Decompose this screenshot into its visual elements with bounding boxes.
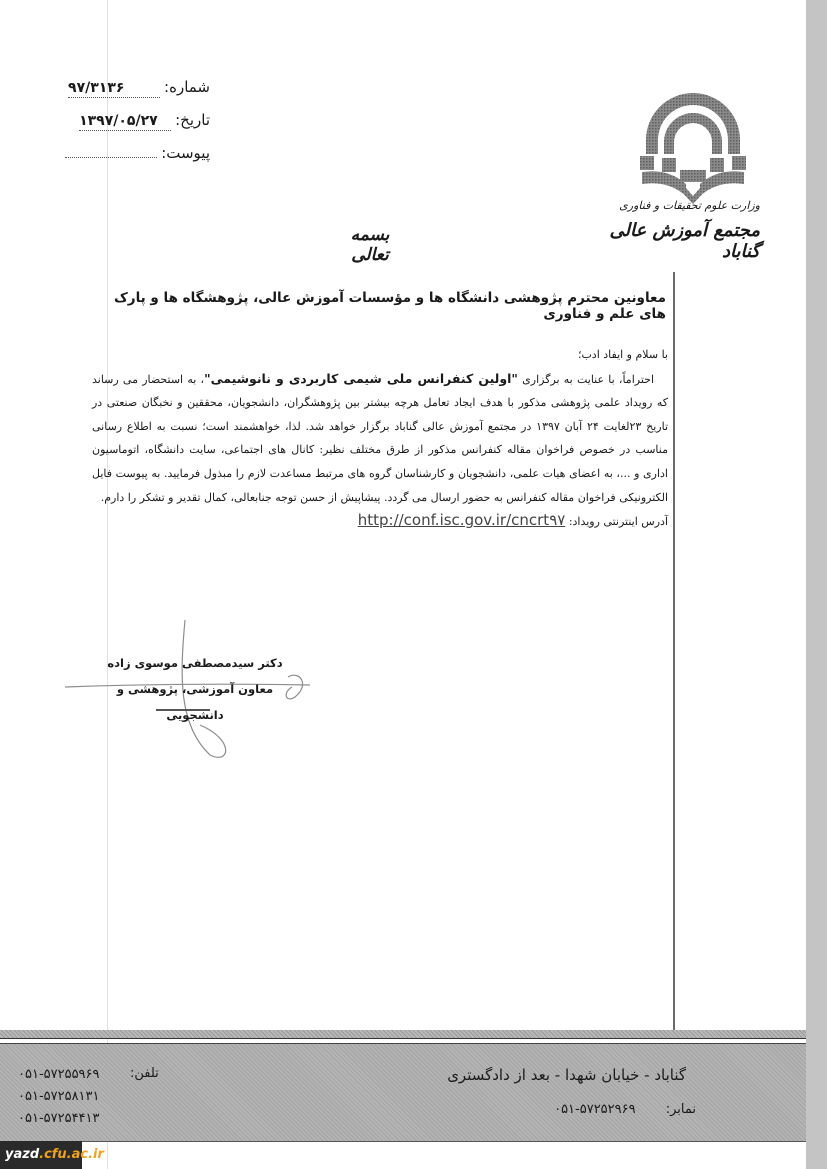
attachment-label: پیوست:: [161, 144, 210, 162]
fax-number: ۰۵۱-۵۷۲۵۲۹۶۹: [554, 1102, 636, 1117]
watermark-prefix: yazd: [5, 1147, 39, 1162]
institute-logo-icon: [628, 92, 758, 207]
recipient-line: معاونین محترم پژوهشی دانشگاه ها و مؤسسات…: [96, 290, 666, 322]
body-text: ، به استحضار می رساند که رویداد علمی پژو…: [92, 373, 668, 504]
signature-block: دکتر سیدمصطفی موسوی زاده معاون آموزشی، پ…: [90, 650, 300, 702]
phone-number: ۰۵۱-۵۷۲۵۴۴۱۳: [18, 1108, 100, 1130]
phone-number: ۰۵۱-۵۷۲۵۸۱۳۱: [18, 1086, 100, 1108]
footer-contact-band: گناباد - خیابان شهدا - بعد از دادگستری ن…: [0, 1043, 806, 1142]
body-paragraph: احتراماً، با عنایت به برگزاری "اولین کنف…: [92, 367, 668, 510]
letter-date-value: ۱۳۹۷/۰۵/۲۷: [79, 113, 171, 131]
scan-edge-margin: [806, 0, 827, 1169]
letterhead-footer: گناباد - خیابان شهدا - بعد از دادگستری ن…: [0, 1030, 806, 1140]
attachment-row: پیوست:: [60, 144, 210, 177]
ministry-name: وزارت علوم تحقیقات و فناوری: [600, 199, 760, 212]
site-watermark: yazd.cfu.ac.ir: [0, 1141, 82, 1169]
signatory-name: دکتر سیدمصطفی موسوی زاده: [90, 650, 300, 676]
body-intro: احتراماً، با عنایت به برگزاری: [522, 373, 654, 386]
margin-rule: [673, 272, 675, 1032]
watermark-suffix: .cfu.ac.ir: [39, 1147, 104, 1162]
basmala-heading: بسمه تعالی: [330, 225, 410, 265]
footer-top-bar: [0, 1030, 806, 1039]
phone-number: ۰۵۱-۵۷۲۵۵۹۶۹: [18, 1064, 100, 1086]
greeting: با سلام و ایفاد ادب؛: [92, 343, 668, 367]
phone-label: تلفن:: [130, 1066, 159, 1081]
letter-number-label: شماره:: [164, 78, 210, 96]
institute-name: مجتمع آموزش عالی گناباد: [590, 220, 760, 262]
event-url-label: آدرس اینترنتی رویداد:: [569, 515, 668, 528]
reference-block: شماره: ۹۷/۳۱۳۶ تاریخ: ۱۳۹۷/۰۵/۲۷ پیوست:: [60, 78, 210, 177]
event-url-link[interactable]: http://conf.isc.gov.ir/cncrt۹۷: [358, 511, 566, 529]
conference-name: "اولین کنفرانس ملی شیمی کاربردی و نانوشی…: [204, 371, 518, 386]
attachment-value: [65, 156, 157, 158]
fax-line: نمابر: ۰۵۱-۵۷۲۵۲۹۶۹: [554, 1102, 696, 1117]
letter-date-label: تاریخ:: [175, 111, 210, 129]
fax-label: نمابر:: [666, 1102, 696, 1117]
letter-date-row: تاریخ: ۱۳۹۷/۰۵/۲۷: [60, 111, 210, 144]
letter-number-value: ۹۷/۳۱۳۶: [68, 80, 160, 98]
event-url-line: آدرس اینترنتی رویداد: http://conf.isc.go…: [92, 509, 668, 534]
letter-number-row: شماره: ۹۷/۳۱۳۶: [60, 78, 210, 111]
phone-list: ۰۵۱-۵۷۲۵۵۹۶۹ ۰۵۱-۵۷۲۵۸۱۳۱ ۰۵۱-۵۷۲۵۴۴۱۳: [18, 1064, 100, 1130]
letter-body: با سلام و ایفاد ادب؛ احتراماً، با عنایت …: [92, 343, 668, 534]
institute-address: گناباد - خیابان شهدا - بعد از دادگستری: [447, 1066, 686, 1084]
signatory-title: معاون آموزشی، پژوهشی و دانشجویی: [90, 676, 300, 702]
